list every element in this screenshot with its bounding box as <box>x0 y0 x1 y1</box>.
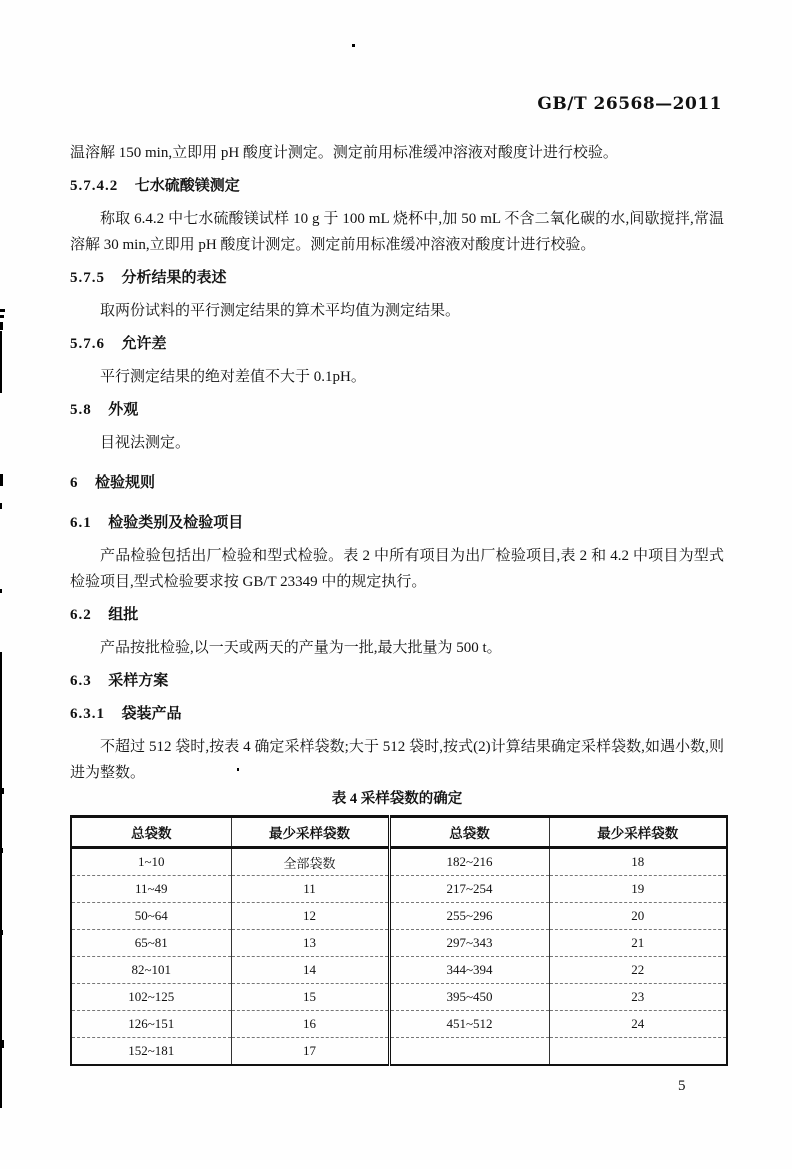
table-cell: 217~254 <box>389 876 549 903</box>
table-cell: 22 <box>549 957 727 984</box>
clause-title: 分析结果的表述 <box>122 270 227 286</box>
table-cell: 255~296 <box>389 903 549 930</box>
table-row: 82~10114344~39422 <box>71 957 727 984</box>
clause-number: 5.8 <box>70 397 92 423</box>
col-header-min-sample-bags: 最少采样袋数 <box>549 817 727 848</box>
table-cell: 全部袋数 <box>231 848 389 876</box>
scan-artifact <box>0 930 3 935</box>
clause-title: 七水硫酸镁测定 <box>135 178 240 194</box>
table-cell: 102~125 <box>71 984 231 1011</box>
scan-artifact <box>0 315 4 318</box>
table-cell: 13 <box>231 930 389 957</box>
table-row: 50~6412255~29620 <box>71 903 727 930</box>
table-cell: 11~49 <box>71 876 231 903</box>
table-row: 11~4911217~25419 <box>71 876 727 903</box>
scan-artifact <box>0 848 3 853</box>
table-cell <box>389 1038 549 1066</box>
clause-number: 6.2 <box>70 602 92 628</box>
clause-number: 6.3.1 <box>70 701 105 727</box>
table-cell: 182~216 <box>389 848 549 876</box>
clause-paragraph: 目视法测定。 <box>70 430 724 456</box>
scanned-document-page: GB/T 26568—2011 温溶解 150 min,立即用 pH 酸度计测定… <box>0 0 792 1169</box>
scan-artifact <box>0 322 3 330</box>
table-caption: 表 4 采样袋数的确定 <box>70 786 724 812</box>
col-header-min-sample-bags: 最少采样袋数 <box>231 817 389 848</box>
table-cell: 15 <box>231 984 389 1011</box>
clause-paragraph: 产品检验包括出厂检验和型式检验。表 2 中所有项目为出厂检验项目,表 2 和 4… <box>70 543 724 595</box>
table-cell: 152~181 <box>71 1038 231 1066</box>
scan-artifact <box>0 331 2 393</box>
table-cell: 21 <box>549 930 727 957</box>
clause-number: 6.1 <box>70 510 92 536</box>
table-cell: 23 <box>549 984 727 1011</box>
clause-title: 外观 <box>108 402 138 418</box>
clause-paragraph: 称取 6.4.2 中七水硫酸镁试样 10 g 于 100 mL 烧杯中,加 50… <box>70 206 724 258</box>
scan-artifact <box>0 788 4 794</box>
table-row: 152~18117 <box>71 1038 727 1066</box>
table-cell: 12 <box>231 903 389 930</box>
standard-number-header: GB/T 26568—2011 <box>537 94 722 114</box>
clause-number: 6.3 <box>70 668 92 694</box>
table-cell: 395~450 <box>389 984 549 1011</box>
table-cell: 451~512 <box>389 1011 549 1038</box>
table-row: 126~15116451~51224 <box>71 1011 727 1038</box>
document-body: 温溶解 150 min,立即用 pH 酸度计测定。测定前用标准缓冲溶液对酸度计进… <box>70 140 724 1066</box>
table-cell: 24 <box>549 1011 727 1038</box>
clause-heading-5-7-5: 5.7.5分析结果的表述 <box>70 265 724 291</box>
clause-paragraph: 产品按批检验,以一天或两天的产量为一批,最大批量为 500 t。 <box>70 635 724 661</box>
table-cell: 344~394 <box>389 957 549 984</box>
clause-title: 检验规则 <box>95 475 155 491</box>
clause-title: 检验类别及检验项目 <box>108 515 243 531</box>
table-cell: 297~343 <box>389 930 549 957</box>
col-header-total-bags: 总袋数 <box>71 817 231 848</box>
scan-artifact <box>0 1040 4 1048</box>
clause-paragraph: 取两份试料的平行测定结果的算术平均值为测定结果。 <box>70 298 724 324</box>
scan-artifact <box>0 309 5 312</box>
scan-artifact <box>0 503 2 509</box>
table-row: 102~12515395~45023 <box>71 984 727 1011</box>
table-cell: 20 <box>549 903 727 930</box>
clause-number: 6 <box>70 470 79 496</box>
table-cell <box>549 1038 727 1066</box>
clause-paragraph: 平行测定结果的绝对差值不大于 0.1pH。 <box>70 364 724 390</box>
page-number: 5 <box>678 1078 686 1095</box>
table-cell: 19 <box>549 876 727 903</box>
scan-artifact <box>0 474 3 486</box>
table-cell: 16 <box>231 1011 389 1038</box>
table-cell: 1~10 <box>71 848 231 876</box>
continuation-paragraph: 温溶解 150 min,立即用 pH 酸度计测定。测定前用标准缓冲溶液对酸度计进… <box>70 140 724 166</box>
clause-number: 5.7.6 <box>70 331 105 357</box>
clause-title: 袋装产品 <box>122 706 182 722</box>
table-cell: 11 <box>231 876 389 903</box>
table-row: 65~8113297~34321 <box>71 930 727 957</box>
clause-number: 5.7.4.2 <box>70 173 118 199</box>
clause-heading-6-3: 6.3采样方案 <box>70 668 724 694</box>
table-cell: 126~151 <box>71 1011 231 1038</box>
table-header-row: 总袋数 最少采样袋数 总袋数 最少采样袋数 <box>71 817 727 848</box>
col-header-total-bags: 总袋数 <box>389 817 549 848</box>
table-row: 1~10全部袋数182~21618 <box>71 848 727 876</box>
clause-heading-6-3-1: 6.3.1袋装产品 <box>70 701 724 727</box>
table-cell: 82~101 <box>71 957 231 984</box>
clause-title: 采样方案 <box>108 673 168 689</box>
table-cell: 65~81 <box>71 930 231 957</box>
clause-heading-6-2: 6.2组批 <box>70 602 724 628</box>
clause-heading-6-1: 6.1检验类别及检验项目 <box>70 510 724 536</box>
scan-artifact <box>237 768 239 771</box>
clause-heading-5-7-6: 5.7.6允许差 <box>70 331 724 357</box>
clause-paragraph: 不超过 512 袋时,按表 4 确定采样袋数;大于 512 袋时,按式(2)计算… <box>70 734 724 786</box>
scan-artifact <box>0 589 2 593</box>
clause-heading-6: 6检验规则 <box>70 470 724 496</box>
table-cell: 50~64 <box>71 903 231 930</box>
clause-heading-5-7-4-2: 5.7.4.2七水硫酸镁测定 <box>70 173 724 199</box>
table-cell: 18 <box>549 848 727 876</box>
sampling-bags-table: 总袋数 最少采样袋数 总袋数 最少采样袋数 1~10全部袋数182~216181… <box>70 815 728 1066</box>
table-cell: 17 <box>231 1038 389 1066</box>
clause-heading-5-8: 5.8外观 <box>70 397 724 423</box>
table-cell: 14 <box>231 957 389 984</box>
clause-title: 允许差 <box>122 336 167 352</box>
clause-title: 组批 <box>108 607 138 623</box>
scan-artifact <box>352 44 355 47</box>
clause-number: 5.7.5 <box>70 265 105 291</box>
